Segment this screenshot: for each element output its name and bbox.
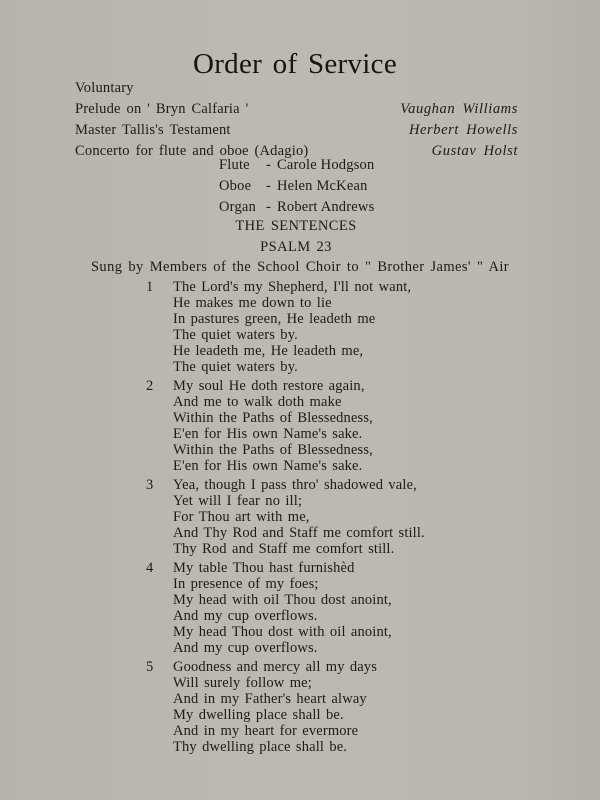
verse: 3 Yea, though I pass thro' shadowed vale… xyxy=(146,477,425,557)
order-of-service-page: Order of Service Voluntary Prelude on ' … xyxy=(0,0,600,800)
verse-line: Within the Paths of Blessedness, xyxy=(173,442,373,458)
verse-line: And my cup overflows. xyxy=(173,640,392,656)
verse-lines: Yea, though I pass thro' shadowed vale, … xyxy=(173,477,425,557)
sentences-heading: THE SENTENCES xyxy=(0,218,592,235)
piece-title: Voluntary xyxy=(75,78,134,99)
verse-number: 2 xyxy=(146,378,173,474)
verse: 1 The Lord's my Shepherd, I'll not want,… xyxy=(146,279,425,375)
verse: 5 Goodness and mercy all my days Will su… xyxy=(146,659,425,755)
verse-line: Thy dwelling place shall be. xyxy=(173,739,377,755)
verse-line: For Thou art with me, xyxy=(173,509,425,525)
dash-separator: - xyxy=(266,176,277,197)
verse-line: The quiet waters by. xyxy=(173,359,411,375)
composer-name: Herbert Howells xyxy=(409,120,518,141)
sung-by-note: Sung by Members of the School Choir to "… xyxy=(4,259,596,276)
verse-lines: Goodness and mercy all my days Will sure… xyxy=(173,659,377,755)
verse-line: He leadeth me, He leadeth me, xyxy=(173,343,411,359)
performer-row: Oboe - Helen McKean xyxy=(219,176,374,197)
verse-line: Yet will I fear no ill; xyxy=(173,493,425,509)
verse-number: 3 xyxy=(146,477,173,557)
verse-lines: The Lord's my Shepherd, I'll not want, H… xyxy=(173,279,411,375)
verse-line: And me to walk doth make xyxy=(173,394,373,410)
verse-line: Will surely follow me; xyxy=(173,675,377,691)
verse-line: And Thy Rod and Staff me comfort still. xyxy=(173,525,425,541)
programme-item: Prelude on ' Bryn Calfaria ' Vaughan Wil… xyxy=(75,99,518,120)
verse-line: My soul He doth restore again, xyxy=(173,378,373,394)
verse: 2 My soul He doth restore again, And me … xyxy=(146,378,425,474)
verse-line: Yea, though I pass thro' shadowed vale, xyxy=(173,477,425,493)
verse-number: 1 xyxy=(146,279,173,375)
verse-line: E'en for His own Name's sake. xyxy=(173,458,373,474)
verse-line: The quiet waters by. xyxy=(173,327,411,343)
verse-line: My dwelling place shall be. xyxy=(173,707,377,723)
instrument: Flute xyxy=(219,155,266,176)
verse-line: And my cup overflows. xyxy=(173,608,392,624)
composer-name: Vaughan Williams xyxy=(400,99,518,120)
performer-row: Organ - Robert Andrews xyxy=(219,197,374,218)
dash-separator: - xyxy=(266,155,277,176)
verse-line: My head Thou dost with oil anoint, xyxy=(173,624,392,640)
performer-name: Carole Hodgson xyxy=(277,155,374,176)
verse-line: In presence of my foes; xyxy=(173,576,392,592)
verse-line: Within the Paths of Blessedness, xyxy=(173,410,373,426)
verse-number: 5 xyxy=(146,659,173,755)
dash-separator: - xyxy=(266,197,277,218)
programme-list: Voluntary Prelude on ' Bryn Calfaria ' V… xyxy=(75,78,518,162)
verse-lines: My soul He doth restore again, And me to… xyxy=(173,378,373,474)
verse-line: The Lord's my Shepherd, I'll not want, xyxy=(173,279,411,295)
instrument: Organ xyxy=(219,197,266,218)
verse-line: And in my Father's heart alway xyxy=(173,691,377,707)
verse-line: My table Thou hast furnishèd xyxy=(173,560,392,576)
verse-line: And in my heart for evermore xyxy=(173,723,377,739)
verse-line: Goodness and mercy all my days xyxy=(173,659,377,675)
verse-line: He makes me down to lie xyxy=(173,295,411,311)
performer-name: Helen McKean xyxy=(277,176,368,197)
programme-item: Voluntary xyxy=(75,78,518,99)
psalm-verses: 1 The Lord's my Shepherd, I'll not want,… xyxy=(146,279,425,758)
performers-list: Flute - Carole Hodgson Oboe - Helen McKe… xyxy=(219,155,374,218)
piece-title: Master Tallis's Testament xyxy=(75,120,231,141)
instrument: Oboe xyxy=(219,176,266,197)
performer-name: Robert Andrews xyxy=(277,197,374,218)
page-title: Order of Service xyxy=(0,48,590,81)
verse-line: In pastures green, He leadeth me xyxy=(173,311,411,327)
psalm-heading: PSALM 23 xyxy=(0,239,592,256)
performer-row: Flute - Carole Hodgson xyxy=(219,155,374,176)
composer-name: Gustav Holst xyxy=(432,141,518,162)
programme-item: Master Tallis's Testament Herbert Howell… xyxy=(75,120,518,141)
verse-line: Thy Rod and Staff me comfort still. xyxy=(173,541,425,557)
verse-line: E'en for His own Name's sake. xyxy=(173,426,373,442)
verse-number: 4 xyxy=(146,560,173,656)
verse: 4 My table Thou hast furnishèd In presen… xyxy=(146,560,425,656)
verse-line: My head with oil Thou dost anoint, xyxy=(173,592,392,608)
piece-title: Prelude on ' Bryn Calfaria ' xyxy=(75,99,248,120)
verse-lines: My table Thou hast furnishèd In presence… xyxy=(173,560,392,656)
